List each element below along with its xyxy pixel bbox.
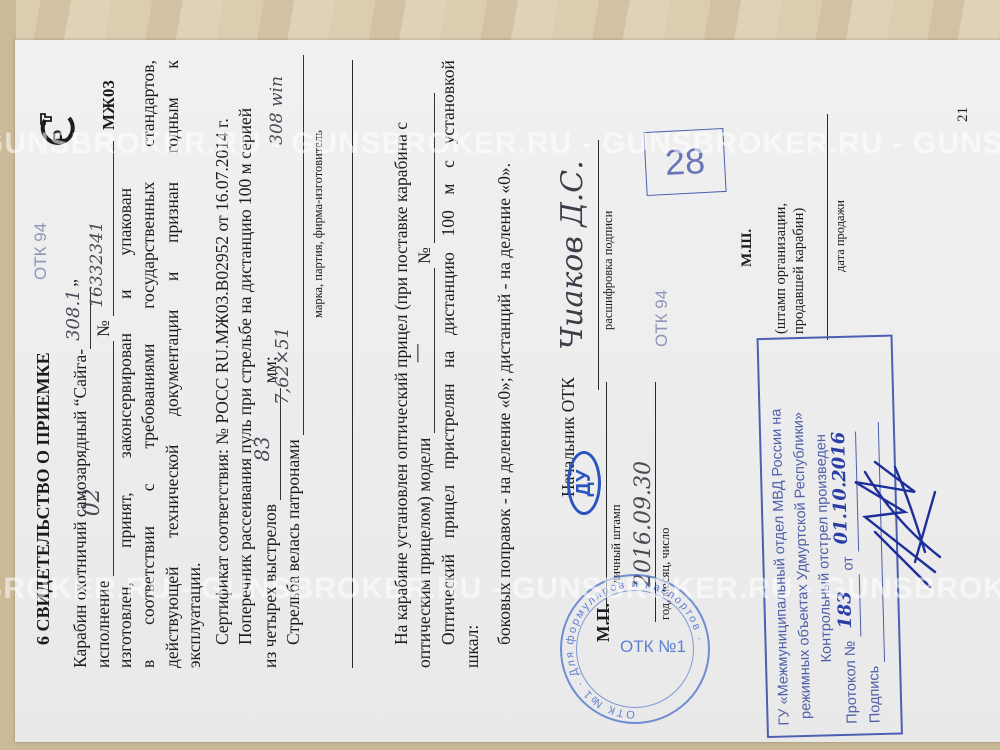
table-surface-left xyxy=(0,0,16,750)
personal-stamp-caption: личный штамп xyxy=(609,504,623,584)
carbine-line-1: Карабин охотничий самозарядный “Сайга-30… xyxy=(70,279,91,668)
certificate-line: Сертификат соответствия: № РОСС RU.МЖ03.… xyxy=(212,118,232,645)
boxed-number-stamp: 28 xyxy=(643,128,726,196)
section-title: 6 СВИДЕТЕЛЬСТВО О ПРИЕМКЕ xyxy=(33,352,53,645)
signature-caption: расшифровка подписи xyxy=(601,211,615,330)
dispersion-line-1: Поперечник рассеивания пуль при стрельбе… xyxy=(235,108,255,645)
personal-stamp-du: ДУ xyxy=(567,451,601,515)
optics-line-3: Оптическийприцелпристреляннадистанцию100… xyxy=(438,60,458,645)
variant-handwritten: 02 xyxy=(83,488,103,516)
svg-text:Р: Р xyxy=(50,130,72,143)
separator-line xyxy=(352,60,353,668)
page-number: 21 xyxy=(953,107,973,122)
rst-code: МЖ03 xyxy=(99,80,119,130)
otk-94-stamp-mid: ОТК 94 xyxy=(652,290,672,347)
svg-text:ОТК №1: ОТК №1 xyxy=(620,637,686,656)
signature-line xyxy=(598,140,599,390)
cartridge-maker-handwritten: 308 win xyxy=(267,76,287,145)
sale-date-caption: дата продажи xyxy=(833,200,847,272)
optics-line-2: оптическим прицелом) модели — № xyxy=(414,93,435,668)
cartridge-handwritten: 7,62×51 xyxy=(273,327,293,405)
carbine-line-3: изготовлен,принят,законсервированиупаков… xyxy=(115,188,135,668)
table-surface-top xyxy=(0,0,1000,42)
sale-date-line xyxy=(827,114,828,340)
cartridges-caption: марка, партия, фирма-изготовитель xyxy=(311,130,325,318)
sale-stamp-caption-2: продавшей карабин) xyxy=(791,208,808,334)
cartridges-line: Стрельба велась патронами 7,62×51308 win xyxy=(283,55,304,645)
carbine-line-5: действующейтехническойдокументацииипризн… xyxy=(162,60,182,668)
carbine-line-4: всоответствиистребованиямигосударственны… xyxy=(138,60,158,668)
otk-round-stamp: ОТК №1 · Для формуляров и паспортов · ОТ… xyxy=(560,574,710,724)
model-handwritten: 308.1 xyxy=(64,289,84,341)
protocol-number-handwritten: 183 xyxy=(835,591,856,629)
otk-94-stamp-top: ОТК 94 xyxy=(31,223,51,280)
carbine-line-6: эксплуатации. xyxy=(184,563,204,668)
passport-page: 21 6 СВИДЕТЕЛЬСТВО О ПРИЕМКЕ ОТК 94 Р МЖ… xyxy=(15,40,1000,742)
sale-stamp-caption-1: (штамп организации, xyxy=(773,203,790,334)
scope-model-handwritten: — xyxy=(406,343,426,363)
serial-handwritten: 16332341 xyxy=(87,221,107,308)
police-signature xyxy=(835,452,955,592)
otk-signature-handwritten: Чиаков Д.С. xyxy=(555,160,590,350)
dispersion-value-handwritten: 83 xyxy=(252,436,272,461)
rst-certification-icon: Р xyxy=(37,106,79,150)
optics-line-1: На карабине установлен оптический прицел… xyxy=(391,122,411,645)
carbine-line-2: исполнение 02 № 16332341 xyxy=(93,141,114,668)
optics-line-5: боковых поправок - на деление «0»; диста… xyxy=(494,163,514,645)
date-handwritten: 2016.09.30 xyxy=(631,461,656,587)
sale-mp-label: М.Ш. xyxy=(737,229,757,267)
optics-line-4: шкал: xyxy=(462,625,482,668)
